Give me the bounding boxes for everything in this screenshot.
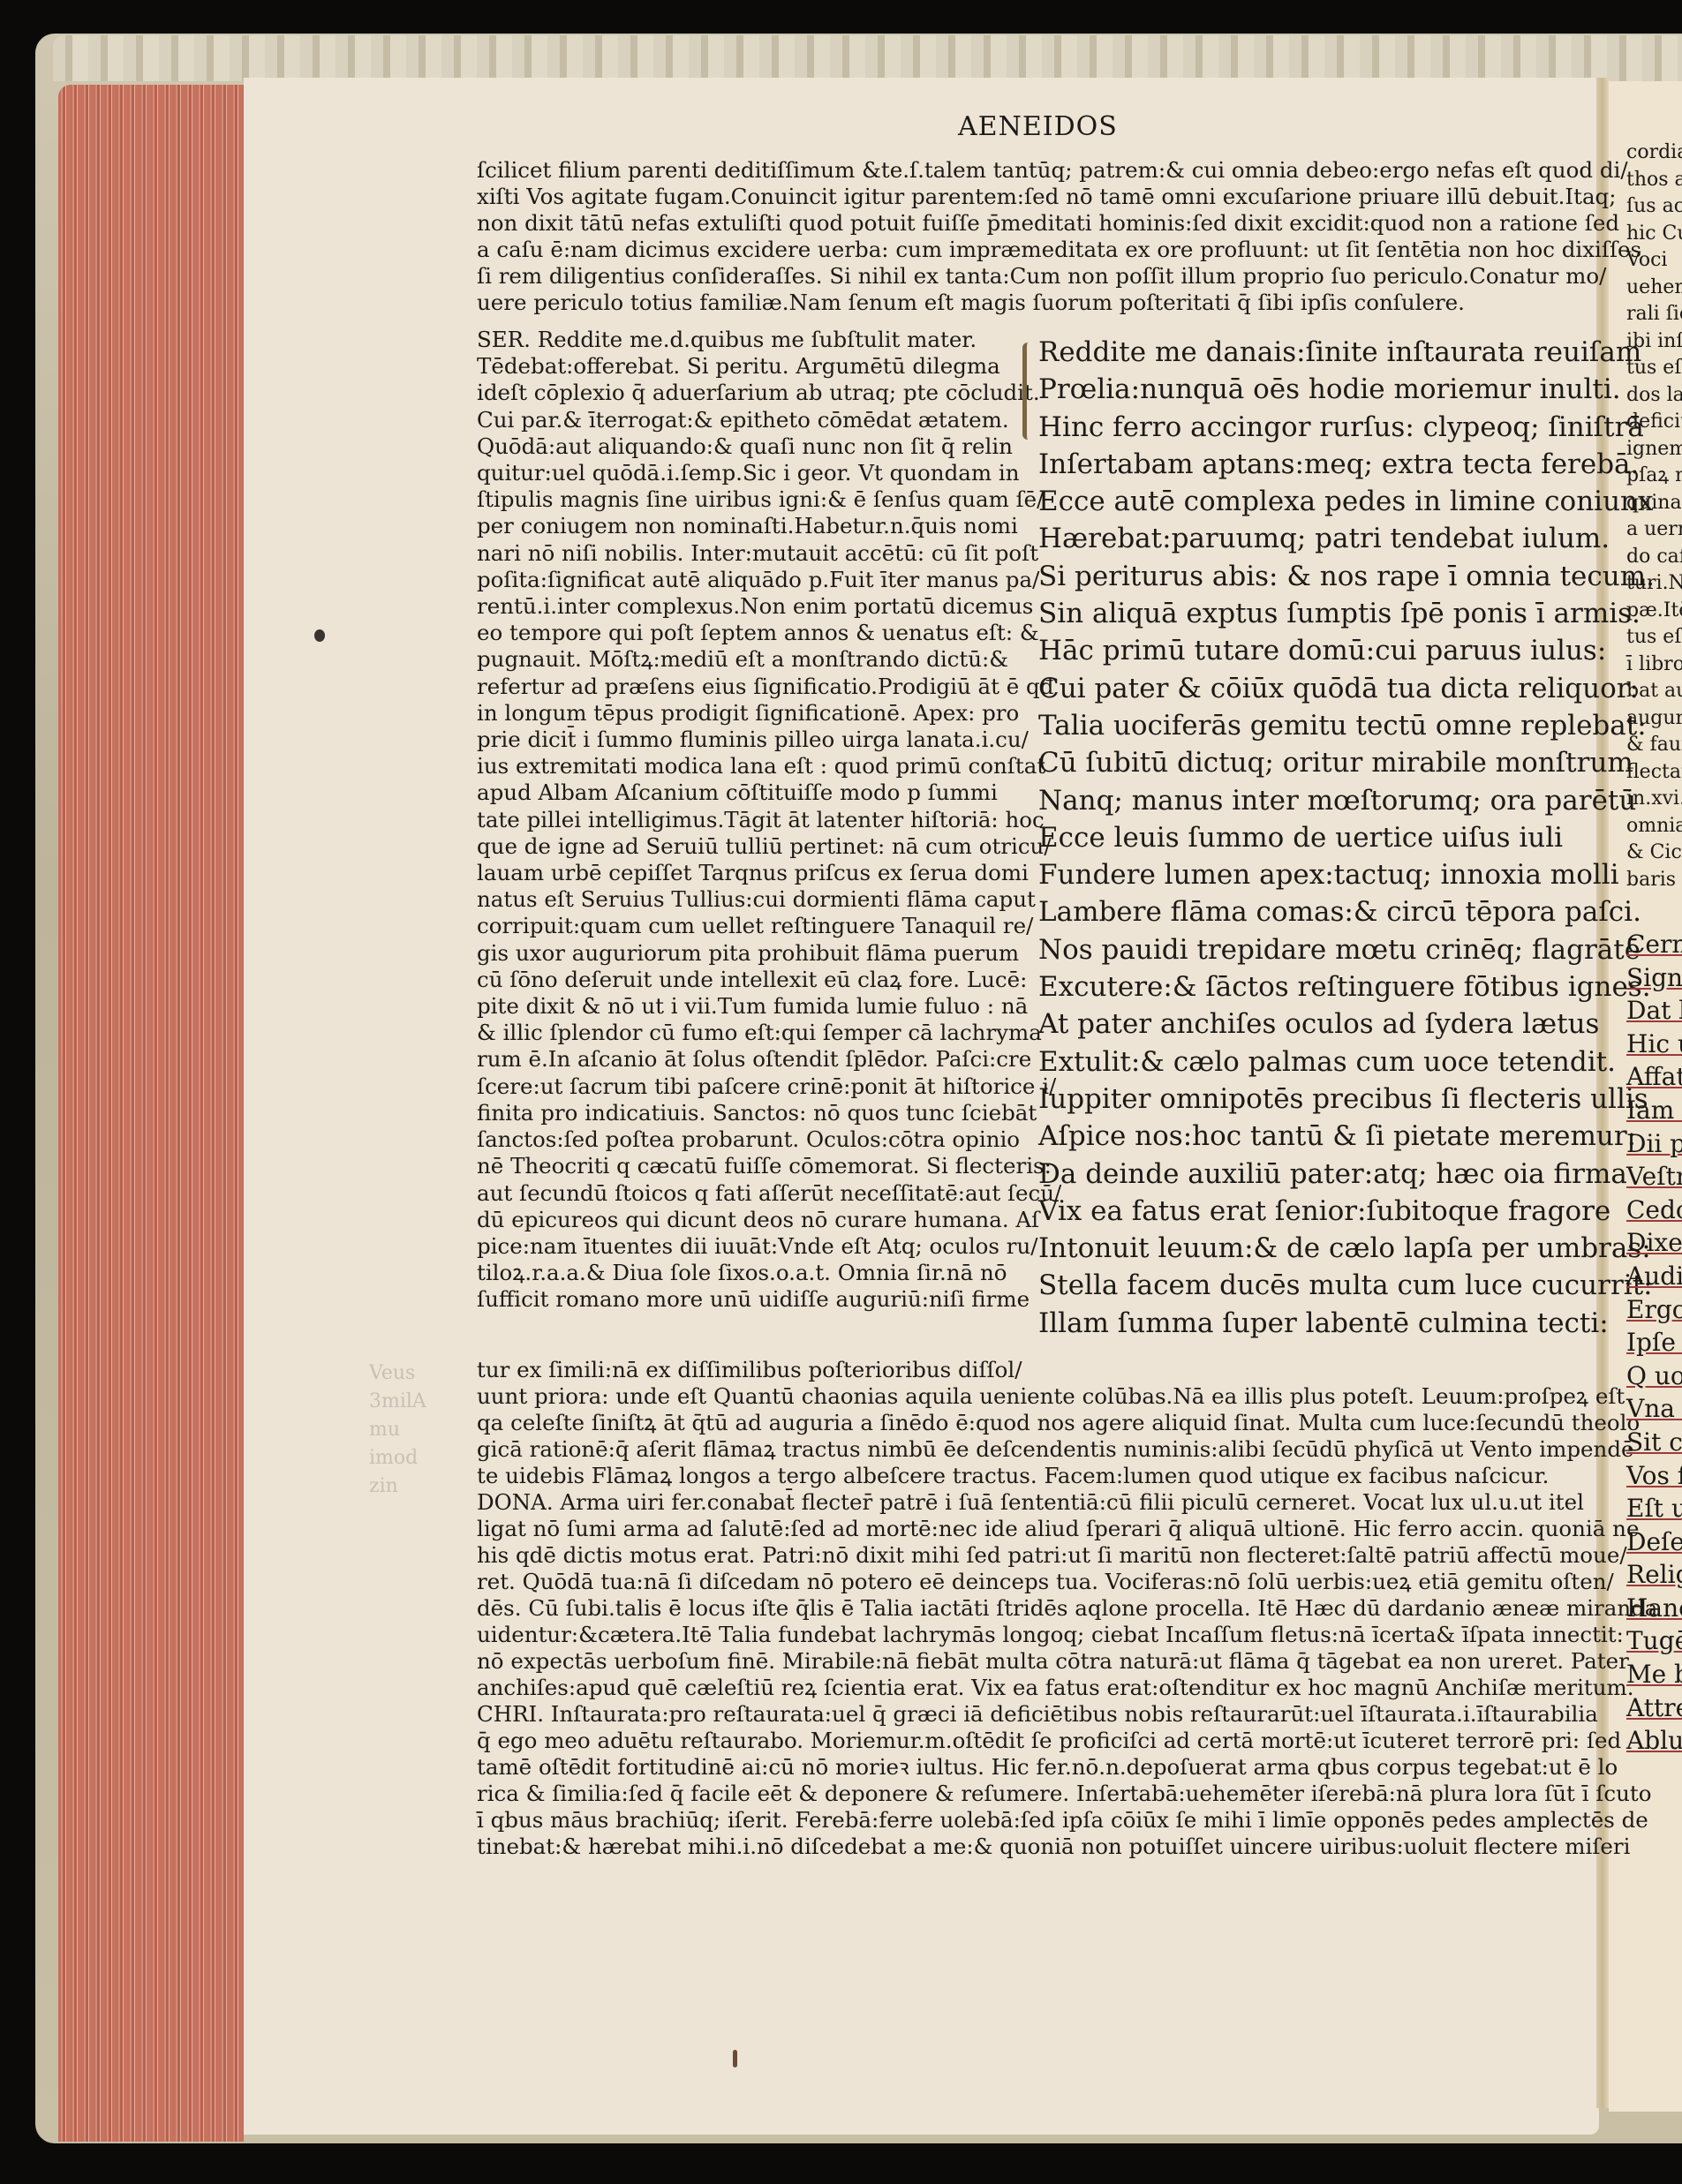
text-line: gis uxor auguriorum pita prohibuit flāma… — [477, 940, 1061, 967]
commentary-left-column: SER. Reddite me.d.quibus me ſubſtulit ma… — [477, 327, 1061, 1314]
binding-headcap — [53, 35, 1682, 81]
verse-line: Da deinde auxiliū pater:atq; hæc oia fir… — [1038, 1156, 1655, 1193]
text-line: aut ſecundū ſtoicos q fati aſſerūt neceſ… — [477, 1180, 1061, 1207]
verse-line: Hinc ferro accingor rurſus: clypeoq; ſin… — [1038, 409, 1655, 446]
verse-fragment: Q uo — [1626, 1359, 1682, 1393]
text-line: SER. Reddite me.d.quibus me ſubſtulit ma… — [477, 327, 1061, 353]
text-line: cū ſōno deſeruit unde intellexit eū claꝝ… — [477, 967, 1061, 993]
paper-stain — [733, 2050, 737, 2067]
verse-fragment: Dii pa — [1626, 1127, 1682, 1161]
text-line: dēs. Cū ſubi.talis ē locus iſte q̄lis ē … — [477, 1595, 1657, 1622]
verse-line: Cū ſubitū dictuq; oritur mirabile monſtr… — [1038, 744, 1655, 781]
text-line: tinebat:& hærebat mihi.i.nō diſcedebat a… — [477, 1834, 1657, 1860]
text-line: rum ē.In aſcanio āt ſolus oſtendit ſplēd… — [477, 1046, 1061, 1073]
text-line: finita pro indicatiuis. Sanctos: nō quos… — [477, 1100, 1061, 1126]
text-fragment: tus eſt — [1626, 624, 1682, 651]
text-line: per coniugem non nominaſti.Habetur.n.q̄u… — [477, 513, 1061, 539]
verse-fragment: Hic u — [1626, 1028, 1682, 1061]
verse-line: Si periturus abis: & nos rape ī omnia te… — [1038, 558, 1655, 595]
text-line: apud Albam Aſcanium cōſtituiſſe modo p ſ… — [477, 779, 1061, 806]
ghost-line: 3milA — [369, 1388, 426, 1416]
verse-line: Hāc primū tutare domū:cui paruus iulus: — [1038, 632, 1655, 669]
text-line: nari nō niſi nobilis. Inter:mutauit accē… — [477, 540, 1061, 567]
text-line: ligat nō ſumi arma ad ſalutē:ſed ad mort… — [477, 1516, 1657, 1542]
text-line: poſita:ſignificat autē aliquādo p.Fuit ī… — [477, 567, 1061, 593]
verse-fragment: Vna ſ — [1626, 1392, 1682, 1426]
text-line: tiloꝝ.r.a.a.& Diua ſole ſixos.o.a.t. Omn… — [477, 1260, 1061, 1286]
text-fragment: augur — [1626, 705, 1682, 733]
running-title: AENEIDOS — [958, 111, 1118, 142]
verse-line: Intonuit leuum:& de cælo lapſa per umbra… — [1038, 1230, 1655, 1267]
verse-fragment: Veſtr — [1626, 1160, 1682, 1194]
text-line: a caſu ē:nam dicimus excidere uerba: cum… — [477, 237, 1641, 263]
verse-line: Fundere lumen apex:tactuq; innoxia molli — [1038, 856, 1655, 893]
text-line: ſcere:ut ſacrum tibi paſcere crinē:ponit… — [477, 1073, 1061, 1100]
text-line: ret. Quōdā tua:nā ſi diſcedam nō potero … — [477, 1569, 1657, 1595]
text-fragment: ſus ach — [1626, 193, 1682, 221]
ink-blot — [314, 629, 325, 642]
text-fragment: cordia — [1626, 139, 1682, 167]
text-fragment: in.xvi. — [1626, 786, 1682, 813]
text-line: refertur ad præſens eius ſignificatio.Pr… — [477, 674, 1061, 700]
red-page-edges — [58, 85, 244, 2142]
text-fragment: bat au — [1626, 678, 1682, 705]
text-line: corripuit:quam cum uellet reſtinguere Ta… — [477, 913, 1061, 939]
text-fragment: a uern — [1626, 516, 1682, 544]
text-fragment: uehem — [1626, 275, 1682, 302]
text-fragment: ī libro — [1626, 651, 1682, 679]
verse-line: Inſertabam aptans:meq; extra tecta fereb… — [1038, 446, 1655, 483]
text-fragment: hic Cu — [1626, 221, 1682, 248]
text-line: Quōdā:aut aliquando:& quaſi nunc non ſit… — [477, 433, 1061, 460]
text-line: ſufficit romano more unū uidiſſe auguriū… — [477, 1286, 1061, 1313]
verse-line: Nanq; manus inter mœſtorumq; ora parētū — [1038, 782, 1655, 819]
verse-line: Hærebat:paruumq; patri tendebat iulum. — [1038, 520, 1655, 557]
text-line: in longum tēpus prodigit ſignificationē.… — [477, 700, 1061, 727]
text-line: prie dicit̄ i ſummo fluminis pilleo uirg… — [477, 727, 1061, 753]
ghost-line: zin — [369, 1472, 426, 1501]
verse-line: Cui pater & cōiūx quōdā tua dicta reliqu… — [1038, 670, 1655, 707]
text-line: rica & ſimilia:ſed q̄ facile eēt & depon… — [477, 1781, 1657, 1807]
text-line: rentū.i.inter complexus.Non enim portatū… — [477, 593, 1061, 620]
commentary-top-block: ſcilicet filium parenti deditiſſimum &te… — [477, 157, 1641, 316]
verse-line: Lambere flāma comas:& circū tēpora paſci… — [1038, 893, 1655, 930]
verse-fragment: Ergo a — [1626, 1293, 1682, 1327]
text-fragment: do caſ — [1626, 544, 1682, 571]
verse-fragment: Eſt urb — [1626, 1492, 1682, 1525]
text-line: uidentur:&cætera.Itē Talia fundebat lach… — [477, 1622, 1657, 1648]
text-fragment: tus eſt — [1626, 355, 1682, 382]
ghost-line: mu — [369, 1416, 426, 1444]
text-fragment: dos lan — [1626, 382, 1682, 410]
verse-fragment: Cerni — [1626, 928, 1682, 961]
verse-line: Ecce leuis ſummo de uertice uiſus iuli — [1038, 819, 1655, 856]
text-line: tamē oſtēdit fortitudinē ai:cū nō morieꝛ… — [477, 1754, 1657, 1781]
text-line: CHRI. Inſtaurata:pro reſtaurata:uel q̄ g… — [477, 1701, 1657, 1728]
text-fragment: baris d — [1626, 867, 1682, 894]
verse-fragment: Iam iā — [1626, 1094, 1682, 1127]
verse-fragment: Dat lu — [1626, 994, 1682, 1028]
verse-fragment: Ipſe ſu — [1626, 1326, 1682, 1359]
verse-fragment: Me be — [1626, 1658, 1682, 1691]
text-line: & illic ſplendor cū fumo eſt:qui ſemper … — [477, 1020, 1061, 1046]
verse-column: Reddite me danais:ſinite inſtaurata reui… — [1038, 334, 1655, 1342]
text-fragment: deficit — [1626, 409, 1682, 436]
text-line: gicā rationē:q̄ aſerit flāmaꝝ tractus ni… — [477, 1436, 1657, 1463]
text-line: tate pillei intelligimus.Tāgit āt latent… — [477, 807, 1061, 833]
text-fragment: thos ac — [1626, 167, 1682, 194]
offset-ghost-text: Veus3milAmuimodzin — [369, 1359, 426, 1501]
verse-line: Illam ſumma ſuper labentē culmina tecti: — [1038, 1305, 1655, 1342]
verse-fragment: Hanc e — [1626, 1592, 1682, 1625]
text-line: uunt priora: unde eſt Quantū chaonias aq… — [477, 1383, 1657, 1410]
text-fragment: flectat — [1626, 759, 1682, 787]
verse-fragment: Sit cor — [1626, 1426, 1682, 1459]
verse-fragment: Dixer — [1626, 1226, 1682, 1260]
right-page-verse: CerniSignaDat luHic uAffatuIam iāDii paV… — [1626, 928, 1682, 1758]
verse-line: Vix ea fatus erat ſenior:ſubitoque frago… — [1038, 1193, 1655, 1230]
text-line: que de igne ad Seruiū tulliū pertinet: n… — [477, 833, 1061, 860]
text-fragment: pſaꝝ n — [1626, 463, 1682, 490]
text-fragment: ignem — [1626, 436, 1682, 463]
text-line: pice:nam ītuentes dii iuuāt:Vnde eſt Atq… — [477, 1233, 1061, 1260]
text-line: qa celeſte ſiniſtꝝ āt q̄tū ad auguria a … — [477, 1410, 1657, 1436]
brace-mark-icon — [1022, 343, 1036, 440]
text-line: pite dixit & nō ut i vii.Tum fumida lumi… — [477, 993, 1061, 1020]
text-line: tur ex ſimili:nā ex diſſimilibus poſteri… — [477, 1357, 1657, 1383]
text-fragment: ibi inſ — [1626, 328, 1682, 356]
verse-line: Nos pauidi trepidare mœtu crinēq; flagrā… — [1038, 931, 1655, 968]
text-line: DONA. Arma uiri fer.conabat̄ flecter̄ pa… — [477, 1489, 1657, 1516]
text-line: non dixit tātū nefas extuliſti quod potu… — [477, 210, 1641, 237]
verse-fragment: Tugē — [1626, 1624, 1682, 1658]
text-fragment: rali ſic — [1626, 301, 1682, 328]
verse-fragment: Ablue — [1626, 1724, 1682, 1758]
verse-fragment: Affatu — [1626, 1060, 1682, 1094]
verse-line: Extulit:& cælo palmas cum uoce tetendit. — [1038, 1043, 1655, 1081]
text-line: lauam urbē cepiſſet Tarqnus priſcus ex ſ… — [477, 860, 1061, 886]
verse-line: Ecce autē complexa pedes in limine coniu… — [1038, 483, 1655, 520]
verse-line: Sin aliquā exptus ſumptis ſpē ponis ī ar… — [1038, 595, 1655, 632]
text-line: Tēdebat:offerebat. Si peritu. Argumētū d… — [477, 353, 1061, 380]
text-line: ſi rem diligentius conſideraſſes. Si nih… — [477, 263, 1641, 290]
verse-fragment: Cedo — [1626, 1194, 1682, 1227]
text-fragment: & Cice — [1626, 840, 1682, 867]
verse-line: Prœlia:nunquā oēs hodie moriemur inulti. — [1038, 371, 1655, 408]
verse-line: Talia uociferās gemitu tectū omne repleb… — [1038, 707, 1655, 744]
text-fragment: & fauſ — [1626, 732, 1682, 759]
verse-line: Excutere:& ſāctos reſtinguere fōtibus ig… — [1038, 968, 1655, 1005]
verse-line: At pater anchiſes oculos ad ſydera lætus — [1038, 1005, 1655, 1043]
text-line: uere periculo totius familiæ.Nam ſenum e… — [477, 290, 1641, 316]
text-line: his qdē dictis motus erat. Patri:nō dixi… — [477, 1542, 1657, 1569]
verse-line: Iuppiter omnipotēs precibus ſi flecteris… — [1038, 1081, 1655, 1118]
text-line: quitur:uel quōdā.i.ſemp.Sic i geor. Vt q… — [477, 460, 1061, 486]
ghost-line: Veus — [369, 1359, 426, 1388]
text-line: natus eſt Seruius Tullius:cui dormienti … — [477, 886, 1061, 913]
text-line: ſanctos:ſed poſtea probarunt. Oculos:cōt… — [477, 1126, 1061, 1153]
text-line: Cui par.& īterrogat:& epitheto cōmēdat æ… — [477, 407, 1061, 433]
text-line: ideſt cōplexio q̄ aduerſarium ab utraq; … — [477, 380, 1061, 406]
verse-line: Aſpice nos:hoc tantū & ſi pietate meremu… — [1038, 1118, 1655, 1155]
verse-line: Stella facem ducēs multa cum luce cucurr… — [1038, 1267, 1655, 1304]
text-line: pugnauit. Mōſtꝝ:mediū eſt a monſtrando d… — [477, 646, 1061, 673]
text-fragment: omnia — [1626, 813, 1682, 840]
text-line: xiſti Vos agitate fugam.Conuincit igitur… — [477, 184, 1641, 210]
text-line: ius extremitati modica lana eſt : quod p… — [477, 753, 1061, 779]
text-line: ſcilicet filium parenti deditiſſimum &te… — [477, 157, 1641, 184]
verse-fragment: Religi — [1626, 1558, 1682, 1592]
text-line: ſtipulis magnis ſine uiribus igni:& ē ſe… — [477, 486, 1061, 513]
text-line: dū epicureos qui dicunt deos nō curare h… — [477, 1207, 1061, 1233]
commentary-bottom-block: tur ex ſimili:nā ex diſſimilibus poſteri… — [477, 1357, 1657, 1860]
text-fragment: quinar — [1626, 490, 1682, 517]
text-line: te uidebis Flāmaꝝ longos a tergo albeſce… — [477, 1463, 1657, 1489]
text-line: eo tempore qui poſt ſeptem annos & uenat… — [477, 620, 1061, 646]
text-line: ī qbus māus brachiūq; iſerit. Ferebā:fer… — [477, 1807, 1657, 1834]
verse-fragment: Vos fa — [1626, 1459, 1682, 1493]
text-fragment: pæ.Itē — [1626, 598, 1682, 625]
verse-fragment: Signa — [1626, 961, 1682, 995]
verse-line: Reddite me danais:ſinite inſtaurata reui… — [1038, 334, 1655, 371]
ghost-line: imod — [369, 1444, 426, 1472]
verse-fragment: Deſert — [1626, 1525, 1682, 1559]
text-line: nē Theocriti q cæcatū fuiſſe cōmemorat. … — [477, 1153, 1061, 1179]
text-line: nō expectās uerboſum finē. Mirabile:nā f… — [477, 1648, 1657, 1675]
text-line: anchiſes:apud quē cæleſtiū reꝝ ſcientia … — [477, 1675, 1657, 1701]
text-fragment: turi.N — [1626, 570, 1682, 598]
right-page-commentary: cordiathos acſus achhic Cu Vociuehemrali… — [1626, 139, 1682, 893]
text-fragment: Voci — [1626, 247, 1682, 275]
verse-fragment: Attrec — [1626, 1691, 1682, 1725]
text-line: q̄ ego meo aduētu reſtaurabo. Moriemur.m… — [477, 1728, 1657, 1754]
verse-fragment: Audit — [1626, 1260, 1682, 1293]
